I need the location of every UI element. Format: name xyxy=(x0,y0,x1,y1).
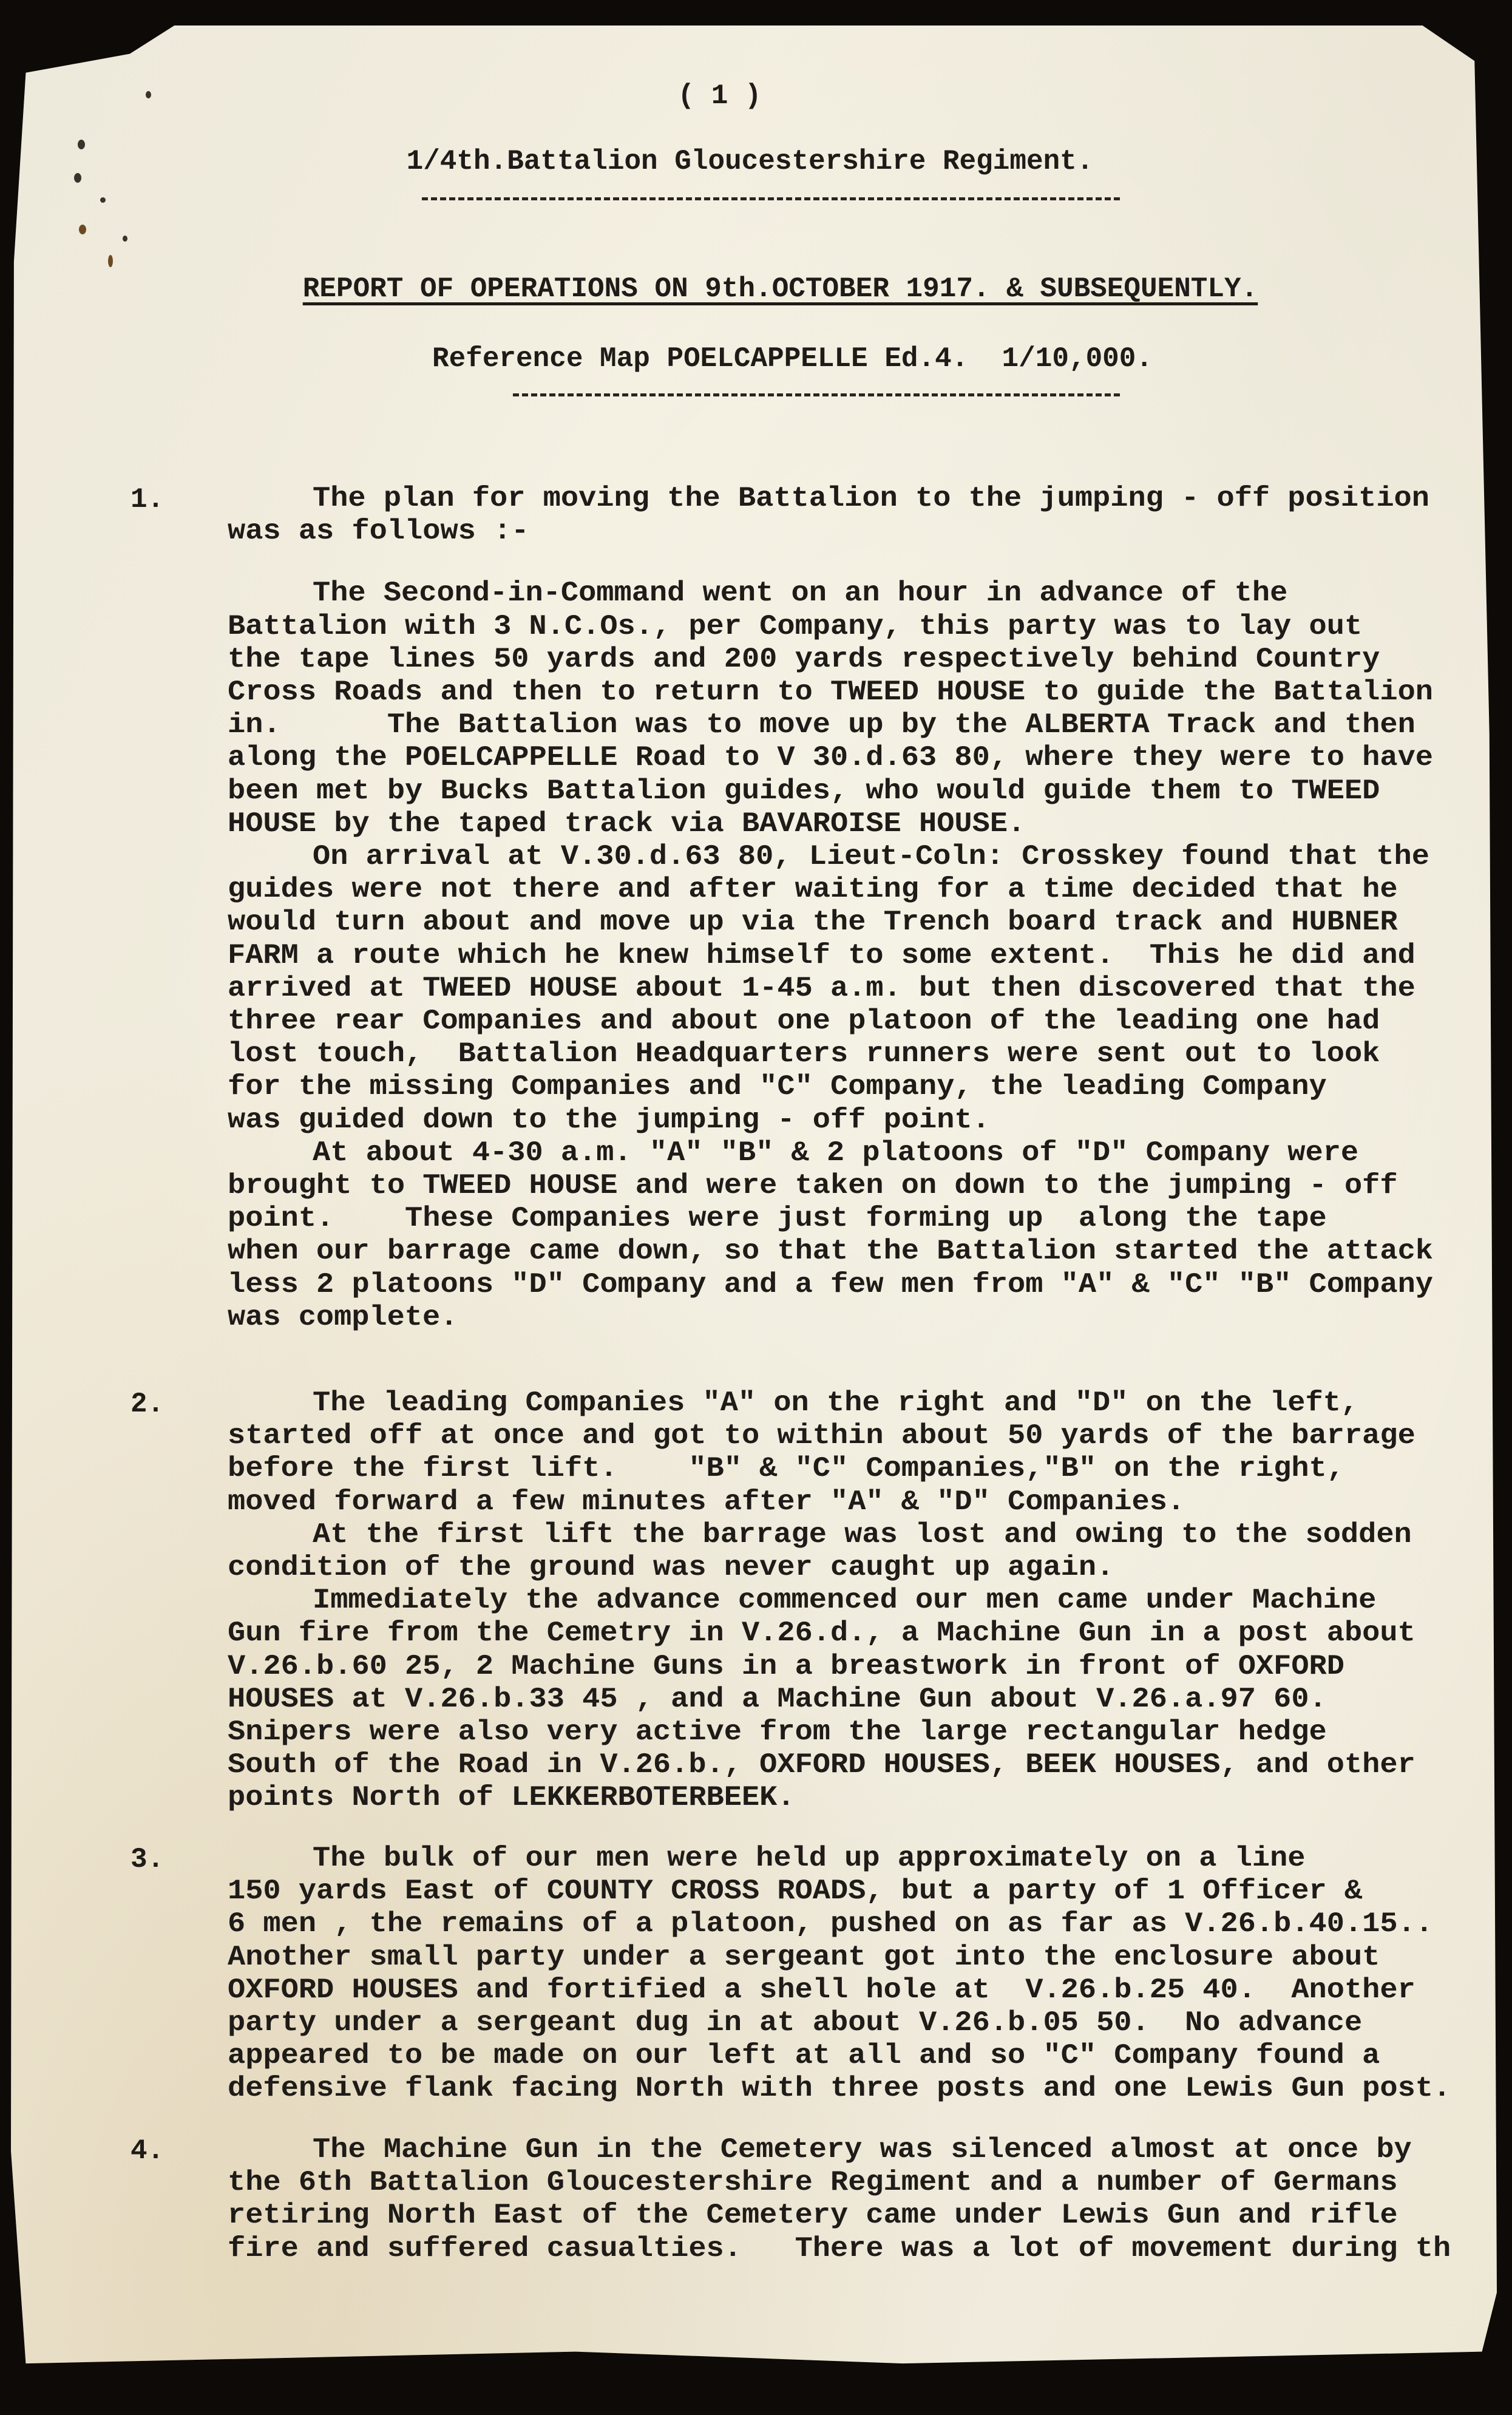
report-text-line: been met by Bucks Battalion guides, who … xyxy=(228,775,1380,807)
report-text-line: The Machine Gun in the Cemetery was sile… xyxy=(313,2134,1412,2165)
report-text-line: along the POELCAPPELLE Road to V 30.d.63… xyxy=(228,742,1433,773)
paragraph-number: 2. xyxy=(131,1388,164,1420)
report-text-line: appeared to be made on our left at all a… xyxy=(228,2040,1380,2071)
report-text-line: Immediately the advance commenced our me… xyxy=(313,1585,1376,1616)
report-text-line: less 2 platoons "D" Company and a few me… xyxy=(228,1269,1433,1300)
reference-divider xyxy=(513,393,1120,396)
report-text-line: HOUSES at V.26.b.33 45 , and a Machine G… xyxy=(228,1683,1327,1715)
report-text-line: condition of the ground was never caught… xyxy=(228,1552,1114,1583)
reference-map: Reference Map POELCAPPELLE Ed.4. 1/10,00… xyxy=(36,343,1512,375)
report-text-line: At the first lift the barrage was lost a… xyxy=(313,1519,1412,1551)
report-text-line: for the missing Companies and "C" Compan… xyxy=(228,1071,1327,1102)
report-text-line: V.26.b.60 25, 2 Machine Guns in a breast… xyxy=(228,1651,1344,1682)
report-text-line: guides were not there and after waiting … xyxy=(228,874,1398,905)
report-text-line: the 6th Battalion Gloucestershire Regime… xyxy=(228,2167,1398,2198)
paragraph-number: 4. xyxy=(131,2135,164,2167)
report-text-line: Gun fire from the Cemetry in V.26.d., a … xyxy=(228,1617,1415,1649)
report-text-line: three rear Companies and about one plato… xyxy=(228,1005,1380,1037)
report-text-line: defensive flank facing North with three … xyxy=(228,2073,1451,2104)
page-number: ( 1 ) xyxy=(0,80,1476,112)
paragraph-number: 1. xyxy=(131,484,164,515)
report-text-line: 6 men , the remains of a platoon, pushed… xyxy=(228,1908,1433,1940)
report-text-line: brought to TWEED HOUSE and were taken on… xyxy=(228,1170,1398,1201)
report-text-line: retiring North East of the Cemetery came… xyxy=(228,2199,1398,2231)
report-text-line: Battalion with 3 N.C.Os., per Company, t… xyxy=(228,611,1362,642)
report-text-line: The plan for moving the Battalion to the… xyxy=(313,483,1429,514)
report-text-line: when our barrage came down, so that the … xyxy=(228,1235,1433,1267)
report-text-line: moved forward a few minutes after "A" & … xyxy=(228,1486,1185,1518)
report-text-line: in. The Battalion was to move up by the … xyxy=(228,709,1415,741)
report-text-line: the tape lines 50 yards and 200 yards re… xyxy=(228,644,1380,675)
staple-hole xyxy=(79,225,86,234)
report-text-line: At about 4-30 a.m. "A" "B" & 2 platoons … xyxy=(313,1137,1358,1169)
report-text-line: The bulk of our men were held up approxi… xyxy=(313,1843,1306,1874)
report-text-line: The leading Companies "A" on the right a… xyxy=(313,1387,1358,1419)
title-divider xyxy=(422,197,1120,200)
report-text-line: lost touch, Battalion Headquarters runne… xyxy=(228,1038,1380,1070)
staple-hole xyxy=(108,255,113,267)
report-text-line: arrived at TWEED HOUSE about 1-45 a.m. b… xyxy=(228,973,1415,1004)
report-text-line: Snipers were also very active from the l… xyxy=(228,1716,1327,1748)
report-text-line: 150 yards East of COUNTY CROSS ROADS, bu… xyxy=(228,1875,1362,1907)
report-text-line: points North of LEKKERBOTERBEEK. xyxy=(228,1782,795,1813)
report-text-line: started off at once and got to within ab… xyxy=(228,1420,1415,1452)
staple-hole xyxy=(100,197,106,203)
report-text-line: was guided down to the jumping - off poi… xyxy=(228,1104,990,1136)
unit-title: 1/4th.Battalion Gloucestershire Regiment… xyxy=(0,146,1506,177)
report-text-line: before the first lift. "B" & "C" Compani… xyxy=(228,1453,1344,1484)
report-text-line: was complete. xyxy=(228,1302,458,1333)
report-text-line: OXFORD HOUSES and fortified a shell hole… xyxy=(228,1974,1415,2006)
report-text-line: Another small party under a sergeant got… xyxy=(228,1941,1380,1973)
report-text-line: would turn about and move up via the Tre… xyxy=(228,906,1398,938)
report-text-line: party under a sergeant dug in at about V… xyxy=(228,2007,1362,2039)
report-text-line: The Second-in-Command went on an hour in… xyxy=(313,577,1287,609)
report-text-line: fire and suffered casualties. There was … xyxy=(228,2233,1451,2264)
report-text-line: HOUSE by the taped track via BAVAROISE H… xyxy=(228,808,1025,840)
report-text-line: Cross Roads and then to return to TWEED … xyxy=(228,676,1433,708)
report-text-line: point. These Companies were just forming… xyxy=(228,1203,1327,1234)
report-text-line: FARM a route which he knew himself to so… xyxy=(228,940,1415,971)
report-text-line: On arrival at V.30.d.63 80, Lieut-Coln: … xyxy=(313,841,1429,872)
paragraph-number: 3. xyxy=(131,1844,164,1875)
report-text-line: was as follows :- xyxy=(228,515,529,547)
report-heading: REPORT OF OPERATIONS ON 9th.OCTOBER 1917… xyxy=(24,273,1512,305)
report-text-line: South of the Road in V.26.b., OXFORD HOU… xyxy=(228,1749,1415,1781)
staple-hole xyxy=(123,236,127,242)
